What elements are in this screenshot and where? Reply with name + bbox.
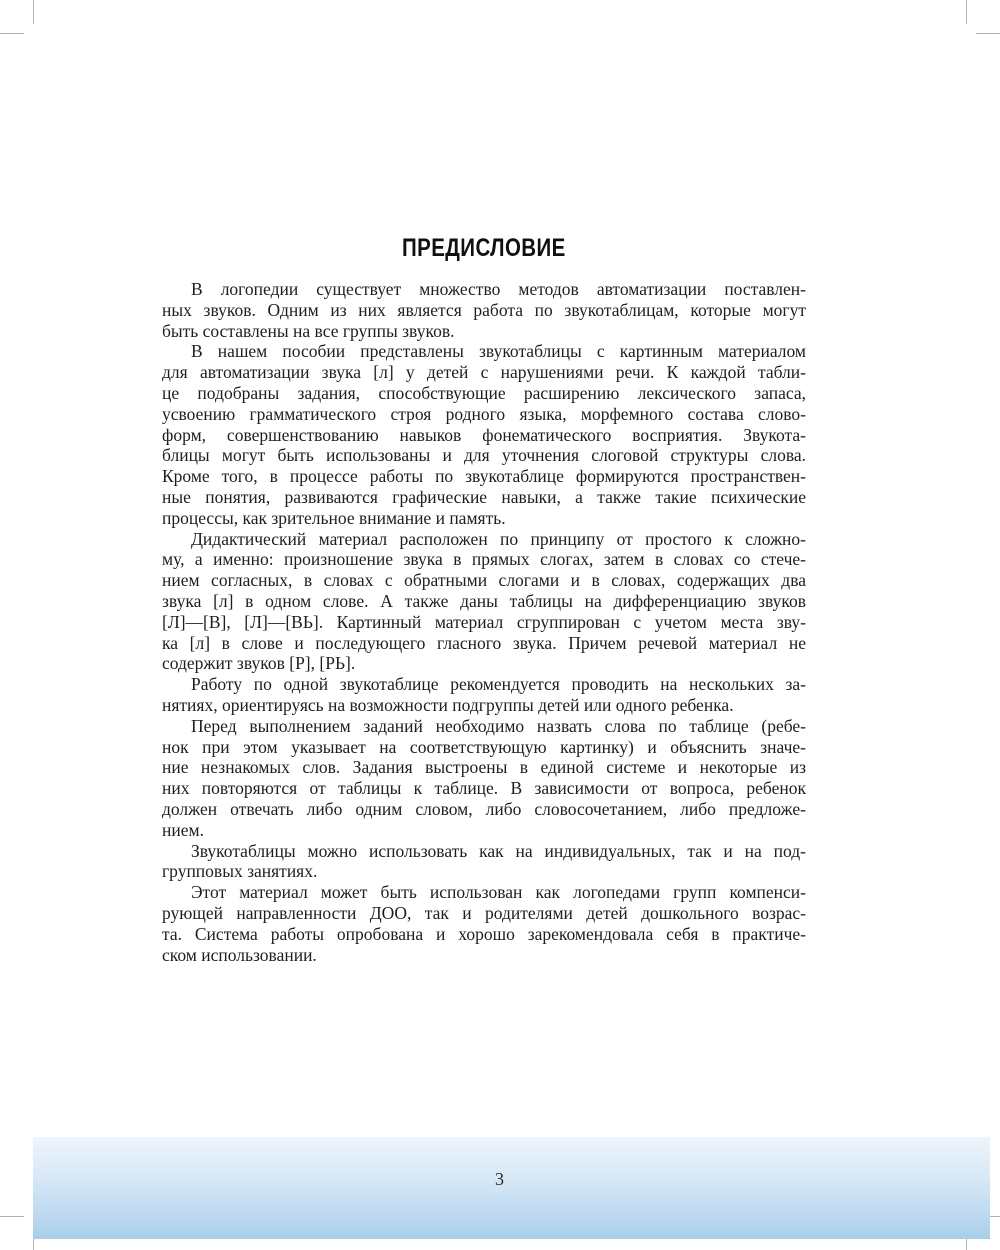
page-title-text: ПРЕДИСЛОВИЕ xyxy=(402,236,566,261)
text-line: рующей направленности ДОО, так и родител… xyxy=(162,903,806,924)
text-line: блицы могут быть использованы и для уточ… xyxy=(162,445,806,466)
body-text: В логопедии существует множество методов… xyxy=(162,279,806,965)
text-line: Этот материал может быть использован как… xyxy=(162,882,806,903)
text-line: содержит звуков [Р], [РЬ]. xyxy=(162,653,806,674)
text-line: них повторяются от таблицы к таблице. В … xyxy=(162,778,806,799)
text-line: усвоению грамматического строя родного я… xyxy=(162,404,806,425)
text-line: Перед выполнением заданий необходимо наз… xyxy=(162,716,806,737)
text-line: групповых занятиях. xyxy=(162,861,806,882)
text-line: В логопедии существует множество методов… xyxy=(162,279,806,300)
text-line: должен отвечать либо одним словом, либо … xyxy=(162,799,806,820)
text-line: ных звуков. Одним из них является работа… xyxy=(162,300,806,321)
book-page: ПРЕДИСЛОВИЕ В логопедии существует множе… xyxy=(0,0,1000,1250)
text-line: быть составлены на все группы звуков. xyxy=(162,321,806,342)
text-line: форм, совершенствованию навыков фонемати… xyxy=(162,425,806,446)
crop-mark-top-left-vertical xyxy=(33,0,34,24)
text-line: Работу по одной звукотаблице рекомендует… xyxy=(162,674,806,695)
text-line: Дидактический материал расположен по при… xyxy=(162,529,806,550)
text-line: це подобраны задания, способствующие рас… xyxy=(162,383,806,404)
text-line: звука [л] в одном слове. А также даны та… xyxy=(162,591,806,612)
text-line: ние незнакомых слов. Задания выстроены в… xyxy=(162,757,806,778)
text-line: нием. xyxy=(162,820,806,841)
page-number: 3 xyxy=(33,1168,966,1190)
text-line: В нашем пособии представлены звукотаблиц… xyxy=(162,341,806,362)
text-line: процессы, как зрительное внимание и памя… xyxy=(162,508,806,529)
text-line: ка [л] в слове и последующего гласного з… xyxy=(162,633,806,654)
text-line: му, а именно: произношение звука в прямы… xyxy=(162,549,806,570)
text-line: Звукотаблицы можно использовать как на и… xyxy=(162,841,806,862)
crop-mark-bottom-left-horizontal xyxy=(0,1216,24,1217)
text-line: нием согласных, в словах с обратными сло… xyxy=(162,570,806,591)
crop-mark-top-right-vertical xyxy=(966,0,967,24)
text-line: ные понятия, развиваются графические нав… xyxy=(162,487,806,508)
crop-mark-top-left-horizontal xyxy=(0,33,24,34)
text-line: нятиях, ориентируясь на возможности подг… xyxy=(162,695,806,716)
text-line: ском использовании. xyxy=(162,945,806,966)
text-line: для автоматизации звука [л] у детей с на… xyxy=(162,362,806,383)
text-line: та. Система работы опробована и хорошо з… xyxy=(162,924,806,945)
text-line: [Л]—[В], [Л]—[ВЬ]. Картинный материал сг… xyxy=(162,612,806,633)
text-line: Кроме того, в процессе работы по звукота… xyxy=(162,466,806,487)
text-line: нок при этом указывает на соответствующу… xyxy=(162,737,806,758)
crop-mark-top-right-horizontal xyxy=(976,33,1000,34)
page-title: ПРЕДИСЛОВИЕ xyxy=(162,236,806,261)
